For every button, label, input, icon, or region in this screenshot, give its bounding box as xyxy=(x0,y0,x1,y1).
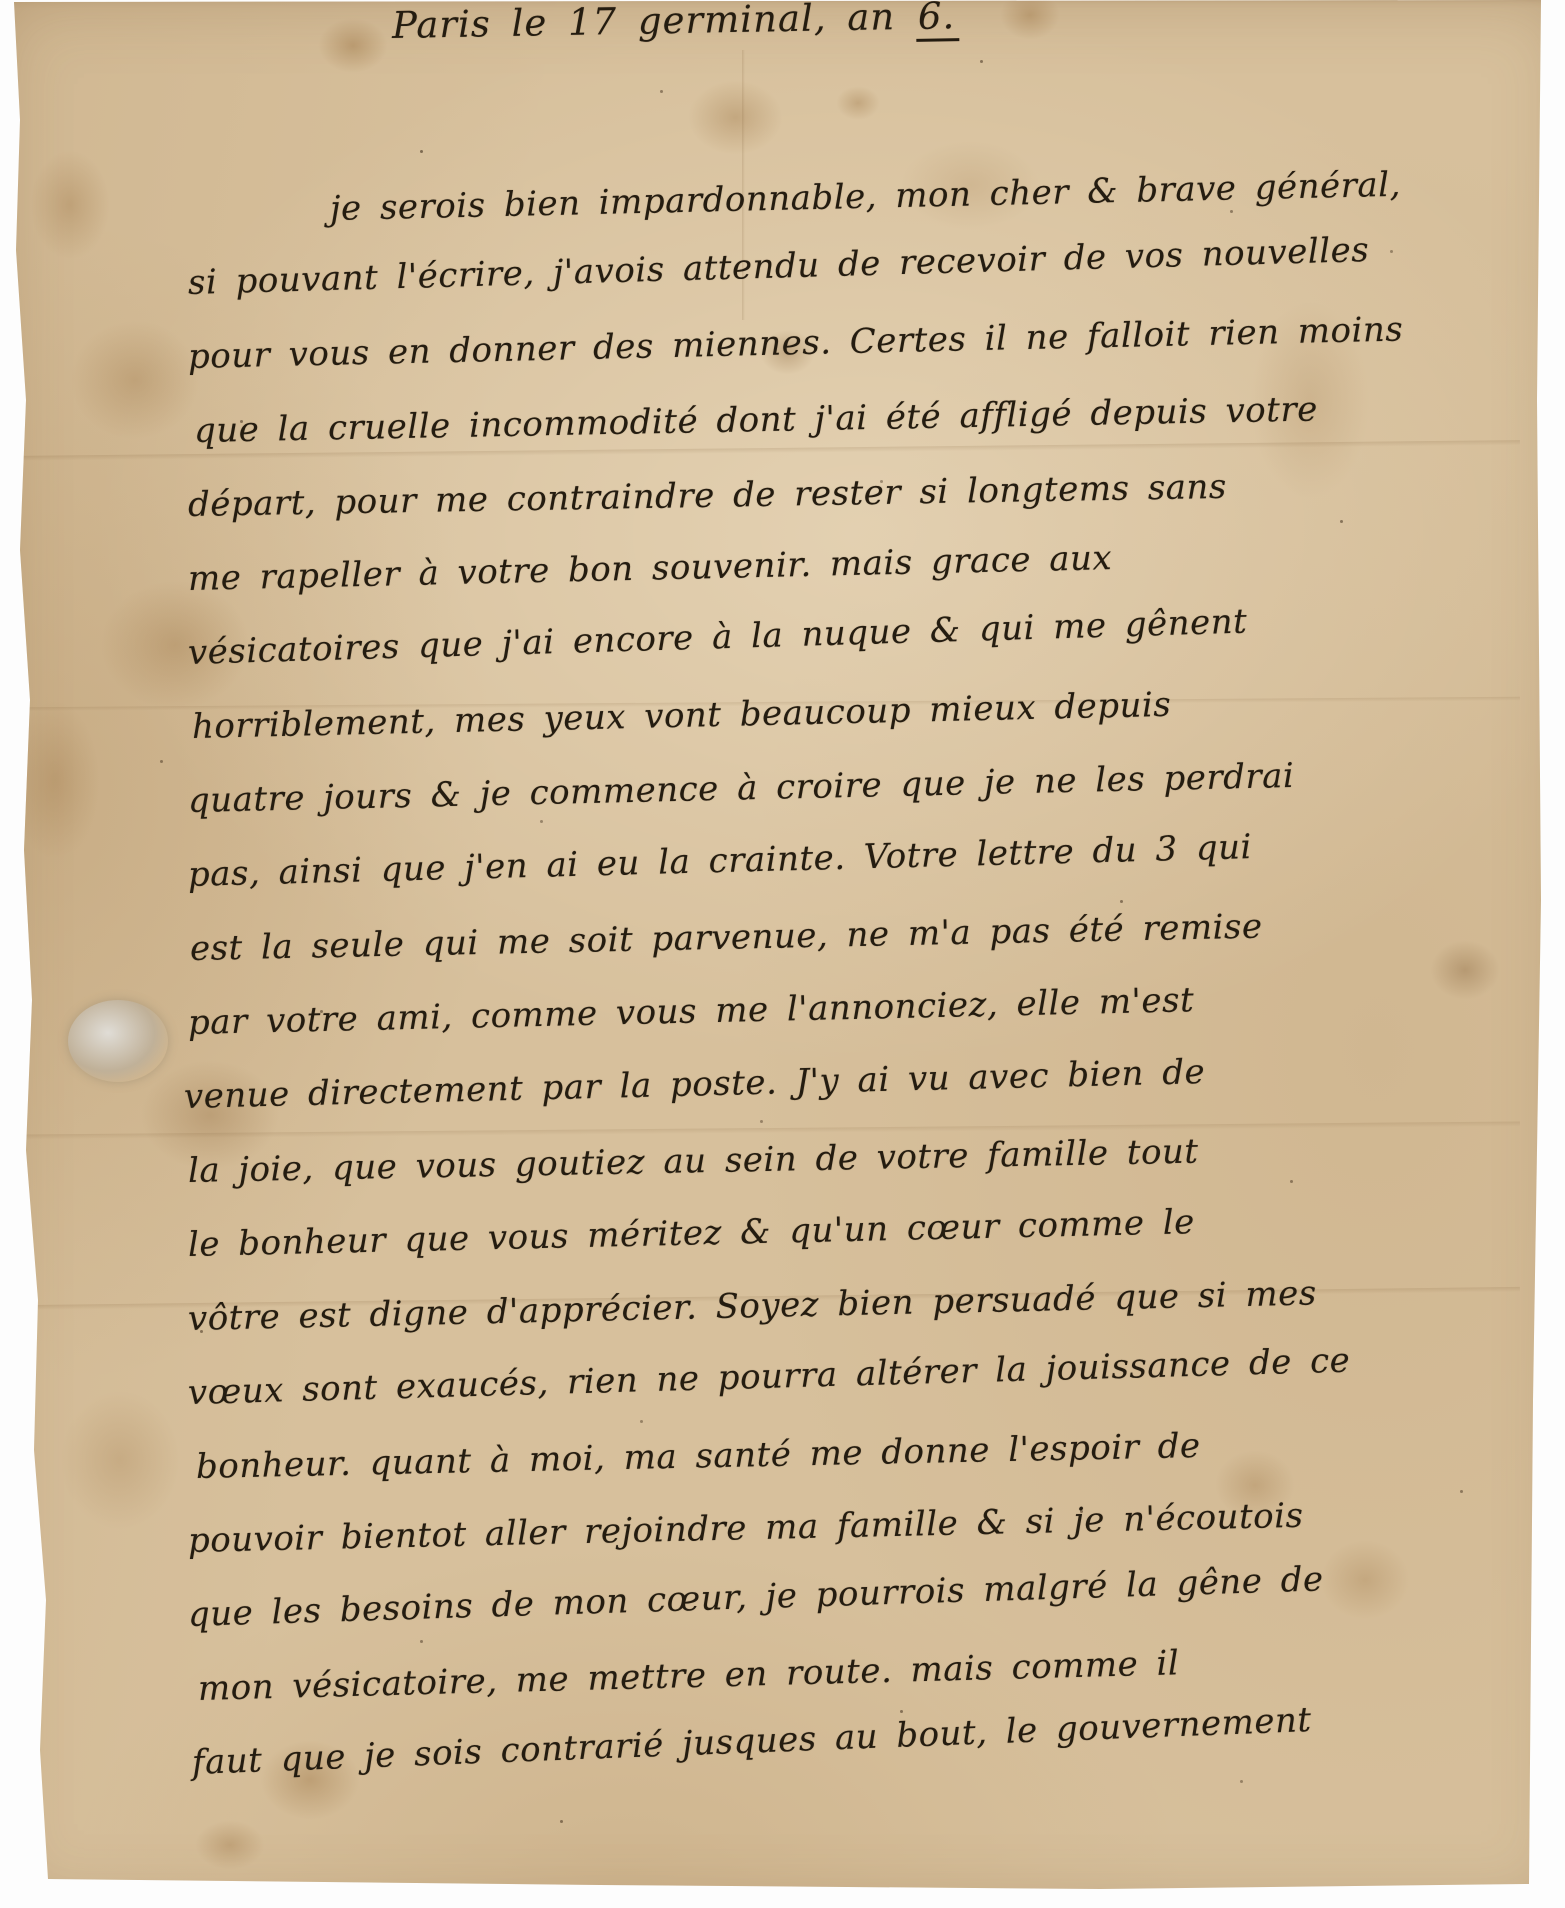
stain xyxy=(30,150,110,260)
letter-page: Paris le 17 germinal, an 6. je serois bi… xyxy=(0,0,1565,1908)
dateline: Paris le 17 germinal, an 6. xyxy=(392,0,960,47)
stain xyxy=(1320,1540,1410,1620)
scan-background: Paris le 17 germinal, an 6. je serois bi… xyxy=(0,0,1565,1908)
stain xyxy=(1430,940,1500,1000)
stain xyxy=(10,700,100,860)
stain xyxy=(1000,0,1060,40)
stain xyxy=(70,320,200,440)
dateline-year: 6. xyxy=(916,0,960,42)
paper-speckles xyxy=(0,0,3,3)
stain xyxy=(836,86,880,120)
stain xyxy=(688,80,783,155)
stain xyxy=(195,1820,265,1870)
dateline-text: Paris le 17 germinal, an xyxy=(392,0,917,47)
gray-blot xyxy=(68,1000,168,1082)
stain xyxy=(318,18,388,73)
letter-body: je serois bien impardonnable, mon cher &… xyxy=(188,172,1288,1800)
stain xyxy=(60,1390,180,1530)
